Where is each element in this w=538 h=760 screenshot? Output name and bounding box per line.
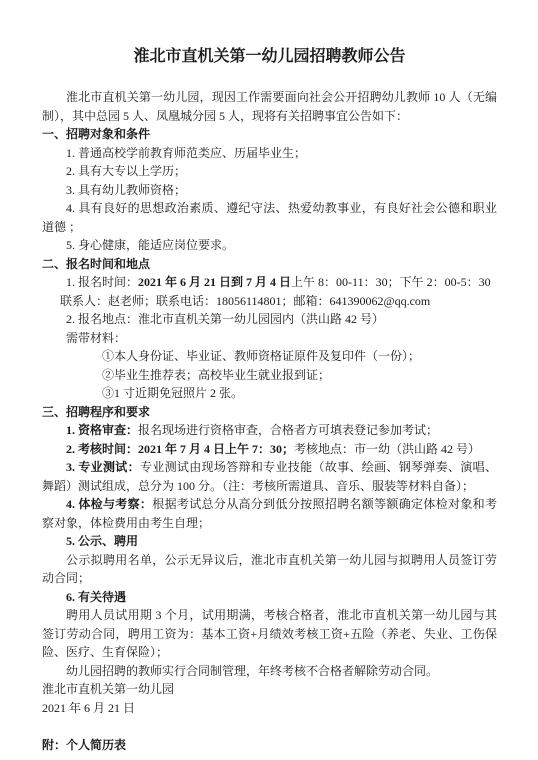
professional-test-line: 3. 专业测试：专业测试由现场答辩和专业技能（故事、绘画、钢琴弹奏、演唱、舞蹈）… — [42, 458, 497, 495]
material-item-2: ②毕业生推荐表；高校毕业生就业报到证； — [42, 366, 497, 385]
benefits-text-2: 幼儿园招聘的教师实行合同制管理，年终考核不合格者解除劳动合同。 — [42, 662, 497, 681]
publicity-text: 公示拟聘用名单，公示无异议后，淮北市直机关第一幼儿园与拟聘用人员签订劳动合同； — [42, 551, 497, 588]
assessment-time-label: 2. 考核时间：2021 年 7 月 4 日上午 7：30； — [66, 442, 294, 456]
benefits-text-1: 聘用人员试用期 3 个月，试用期满，考核合格者，淮北市直机关第一幼儿园与其签订劳… — [42, 606, 497, 662]
intro-paragraph: 淮北市直机关第一幼儿园，现因工作需要面向社会公开招聘幼儿教师 10 人（无编制）… — [42, 88, 497, 125]
document-page: 淮北市直机关第一幼儿园招聘教师公告 淮北市直机关第一幼儿园，现因工作需要面向社会… — [0, 0, 538, 760]
material-item-1: ①本人身份证、毕业证、教师资格证原件及复印件（一份）； — [42, 347, 497, 366]
qualification-review-text: 报名现场进行资格审查，合格者方可填表登记参加考试； — [138, 423, 438, 437]
signature-org: 淮北市直机关第一幼儿园 — [42, 680, 495, 699]
registration-hours: 上午 8：00-11：30；下午 2：00-5：30 — [291, 275, 491, 289]
section1-item-1: 1. 普通高校学前教育师范类应、历届毕业生； — [42, 144, 497, 163]
physical-exam-line: 4. 体检与考察：根据考试总分从高分到低分按照招聘名额等额确定体检对象和考察对象… — [42, 495, 497, 532]
section1-item-3: 3. 具有幼儿教师资格； — [42, 181, 497, 200]
physical-exam-label: 4. 体检与考察： — [66, 497, 152, 511]
qualification-review-line: 1. 资格审查：报名现场进行资格审查，合格者方可填表登记参加考试； — [42, 421, 497, 440]
section3-heading: 三、招聘程序和要求 — [42, 403, 497, 422]
doc-title: 淮北市直机关第一幼儿园招聘教师公告 — [42, 46, 497, 68]
section1-item-5: 5. 身心健康，能适应岗位要求。 — [42, 236, 497, 255]
registration-time-label: 1. 报名时间： — [66, 275, 138, 289]
registration-time-line: 1. 报名时间：2021 年 6 月 21 日到 7 月 4 日上午 8：00-… — [42, 273, 497, 292]
assessment-place-text: 考核地点：市一幼（洪山路 42 号） — [294, 442, 480, 456]
material-item-3: ③1 寸近期免冠照片 2 张。 — [42, 384, 497, 403]
contact-line: 联系人：赵老师；联系电话：18056114801；邮箱：641390062@qq… — [42, 292, 497, 311]
qualification-review-label: 1. 资格审查： — [66, 423, 138, 437]
signature-date: 2021 年 6 月 21 日 — [42, 699, 495, 718]
assessment-time-line: 2. 考核时间：2021 年 7 月 4 日上午 7：30；考核地点：市一幼（洪… — [42, 440, 497, 459]
registration-dates: 2021 年 6 月 21 日到 7 月 4 日 — [138, 275, 291, 289]
attachment-note: 附：个人简历表 — [42, 736, 497, 755]
materials-label: 需带材料： — [42, 329, 497, 348]
section1-item-4: 4. 具有良好的思想政治素质、遵纪守法、热爱幼教事业，有良好社会公德和职业道德 … — [42, 199, 497, 236]
section2-heading: 二、报名时间和地点 — [42, 255, 497, 274]
section1-item-2: 2. 具有大专以上学历； — [42, 162, 497, 181]
section1-heading: 一、招聘对象和条件 — [42, 125, 497, 144]
signature-block: 淮北市直机关第一幼儿园 2021 年 6 月 21 日 — [42, 680, 497, 717]
registration-place-line: 2. 报名地点：淮北市直机关第一幼儿园园内（洪山路 42 号） — [42, 310, 497, 329]
publicity-heading: 5. 公示、聘用 — [42, 532, 497, 551]
professional-test-label: 3. 专业测试： — [66, 460, 140, 474]
benefits-heading: 6. 有关待遇 — [42, 588, 497, 607]
